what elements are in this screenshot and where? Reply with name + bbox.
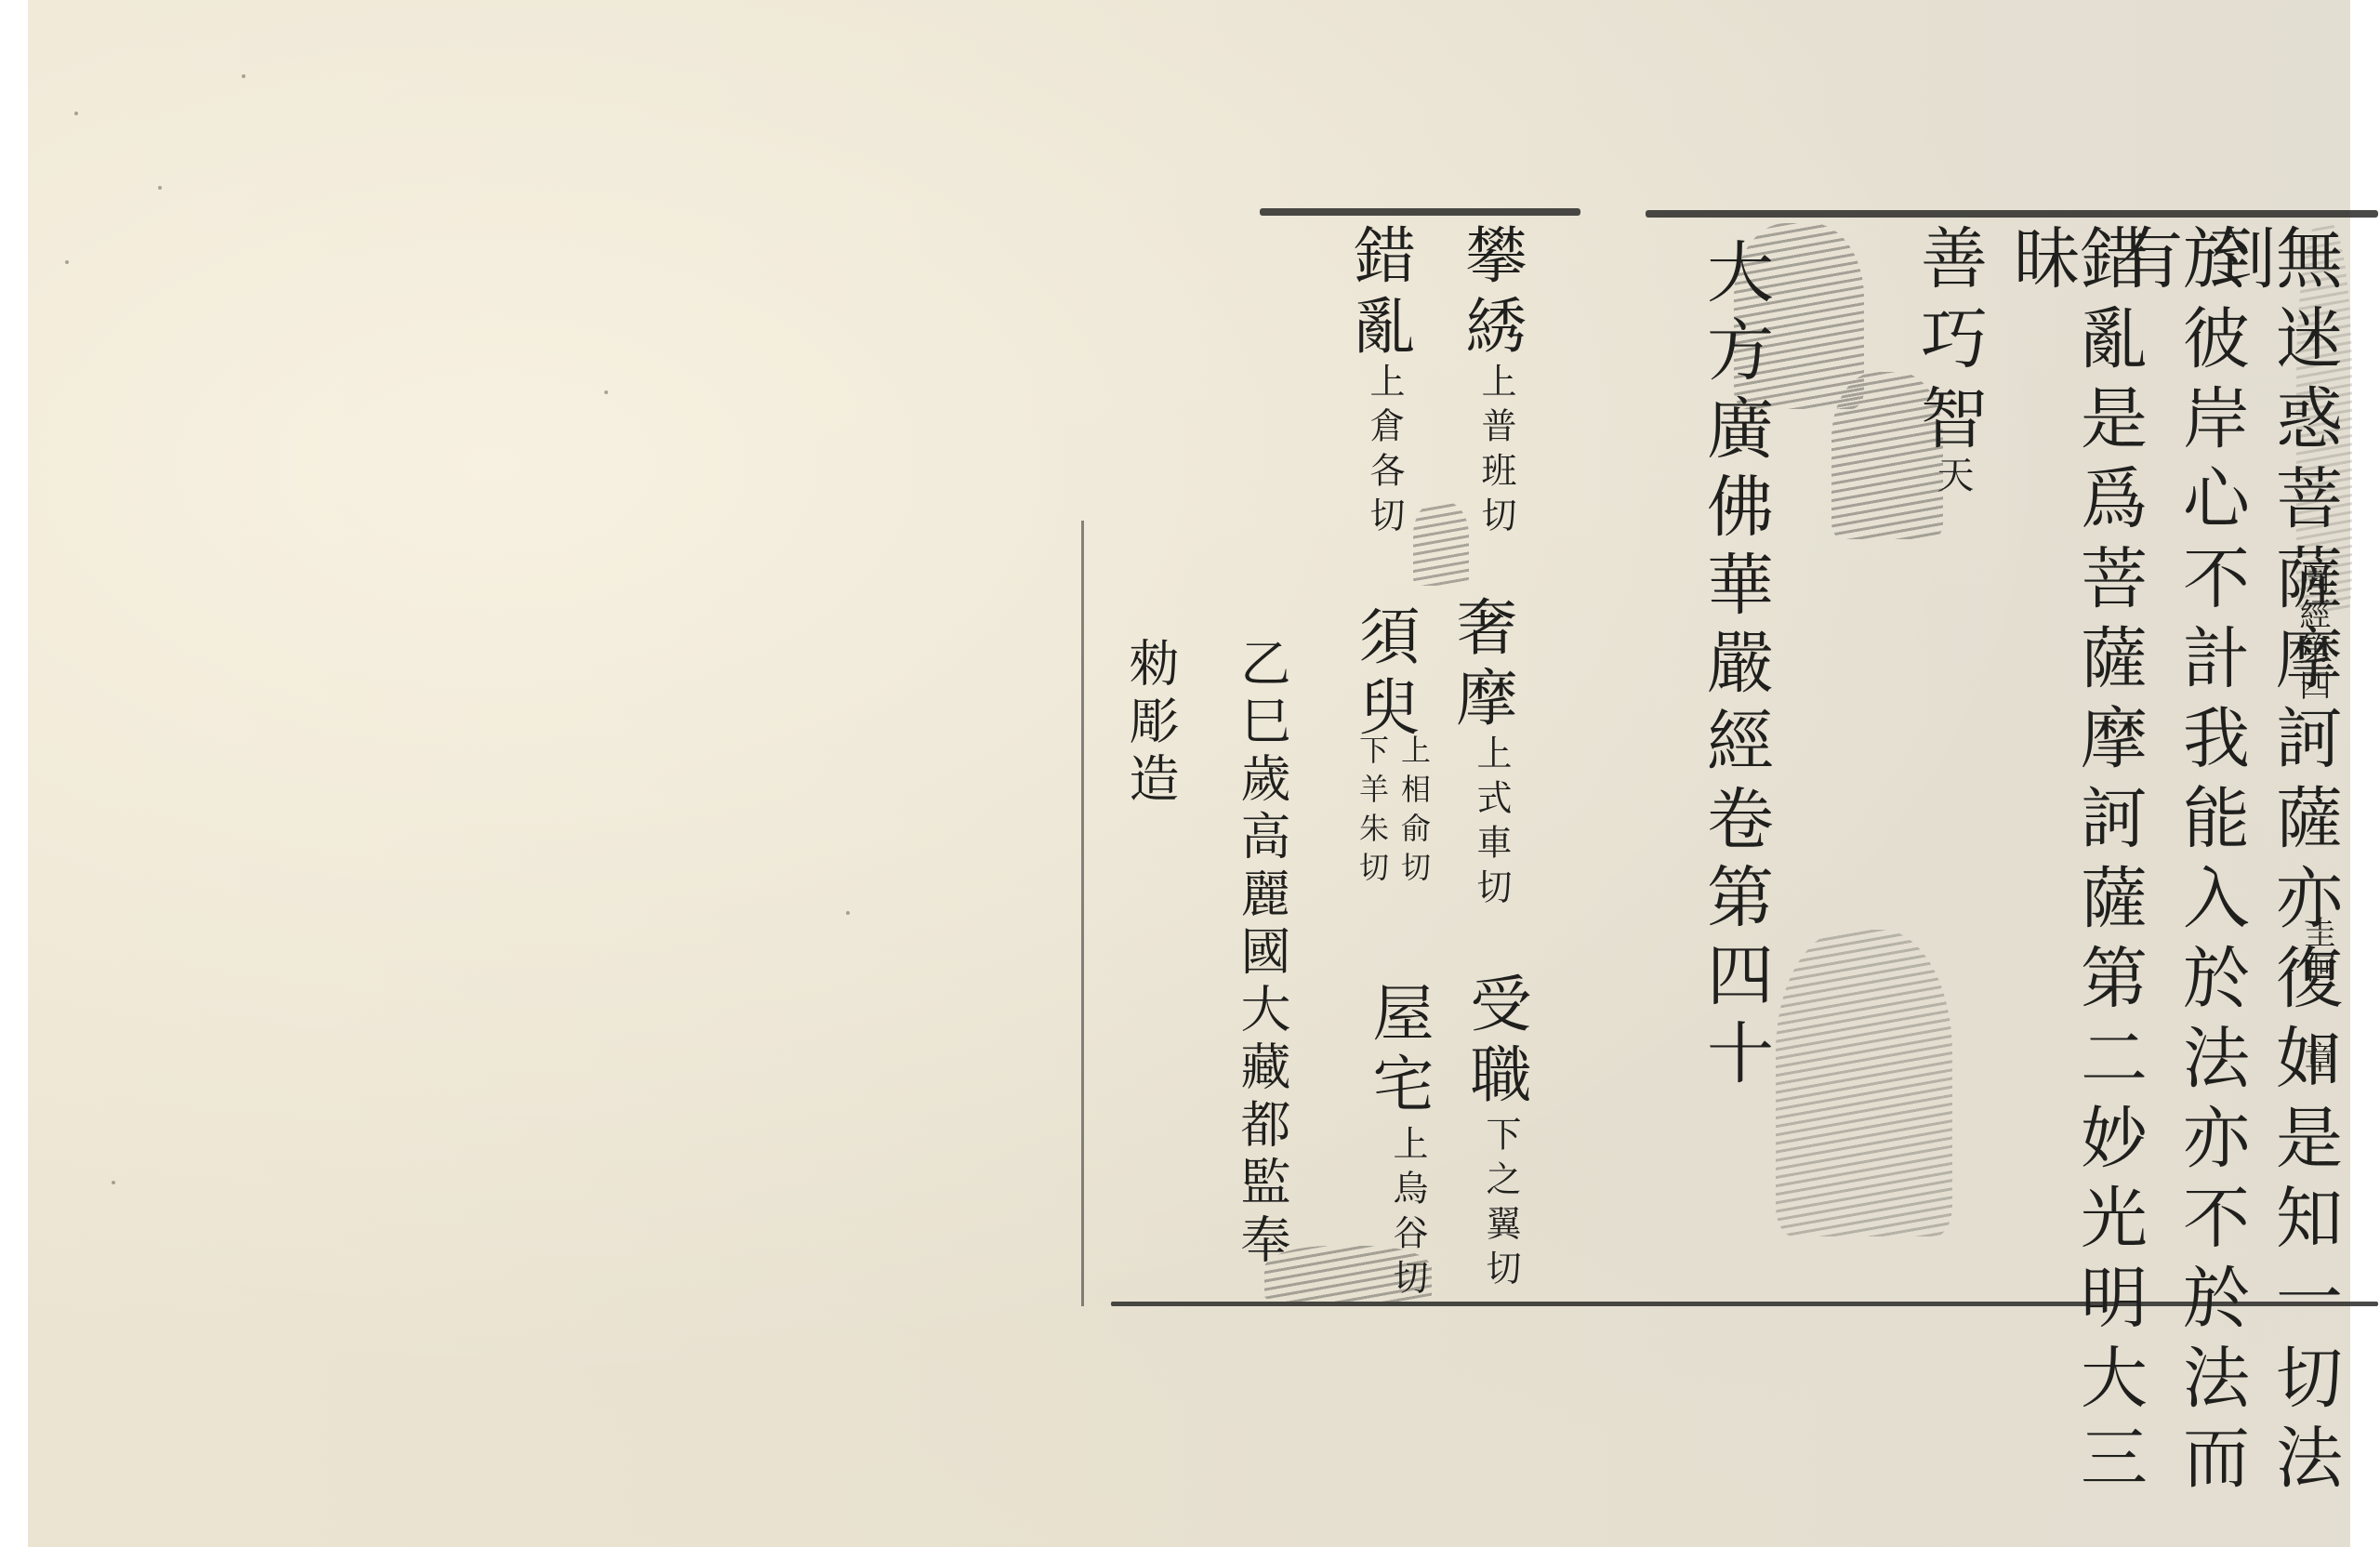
gloss-reading-4-lower: 下羊朱切 (1357, 734, 1387, 891)
ink-smudge (1413, 502, 1469, 586)
gloss-reading-2: 上倉各切 (1367, 363, 1402, 541)
trailing-mark: 天 (1934, 456, 1971, 496)
paper-page: 無迷惑菩薩摩訶薩亦復如是知一切法到 於彼岸心不計我能入於法亦不於法而有 錯亂是爲… (28, 0, 2350, 1547)
gloss-term-4: 須臾 (1353, 604, 1414, 746)
colophon-line-1: 乙巳歲高麗國大藏都監奉 (1236, 637, 1287, 1271)
gloss-term-2: 錯亂 (1348, 223, 1409, 364)
gloss-reading-6: 上烏谷切 (1390, 1125, 1425, 1303)
paper-speck (112, 1181, 115, 1184)
gloss-term-1: 攀綉 (1460, 223, 1521, 364)
left-border-rule (1081, 521, 1084, 1306)
colophon-line-2: 勑彫造 (1125, 637, 1175, 810)
gloss-term-3: 奢摩 (1450, 595, 1512, 736)
gloss-reading-5: 下之翼切 (1483, 1116, 1518, 1294)
paper-speck (65, 260, 69, 264)
gloss-reading-4-upper: 上相俞切 (1399, 734, 1429, 891)
chapter-mark: 章 (2301, 1041, 2333, 1077)
top-border-rule-right (1646, 210, 2378, 218)
carver-name: 圭佪 (2301, 916, 2333, 986)
gloss-reading-3: 上式車切 (1474, 734, 1509, 913)
top-border-rule-left (1260, 208, 1580, 216)
gloss-term-5: 受職 (1464, 972, 1526, 1113)
gloss-term-6: 屋宅 (1367, 981, 1428, 1122)
main-text-column-4: 善巧智 (1915, 223, 1982, 463)
paper-speck (846, 911, 850, 915)
main-text-column-3: 錯亂是爲菩薩摩訶薩第二妙光明大三昧 (2008, 223, 2142, 1547)
volume-marker: 周經第四 (2296, 562, 2328, 704)
paper-speck (158, 186, 162, 190)
ink-smudge (1776, 930, 1952, 1236)
gloss-reading-1: 上普班切 (1478, 363, 1514, 541)
paper-speck (604, 390, 608, 394)
sutra-title: 大方廣佛華嚴經卷第四十 (1701, 237, 1768, 1096)
paper-speck (74, 112, 78, 115)
paper-speck (242, 74, 245, 78)
